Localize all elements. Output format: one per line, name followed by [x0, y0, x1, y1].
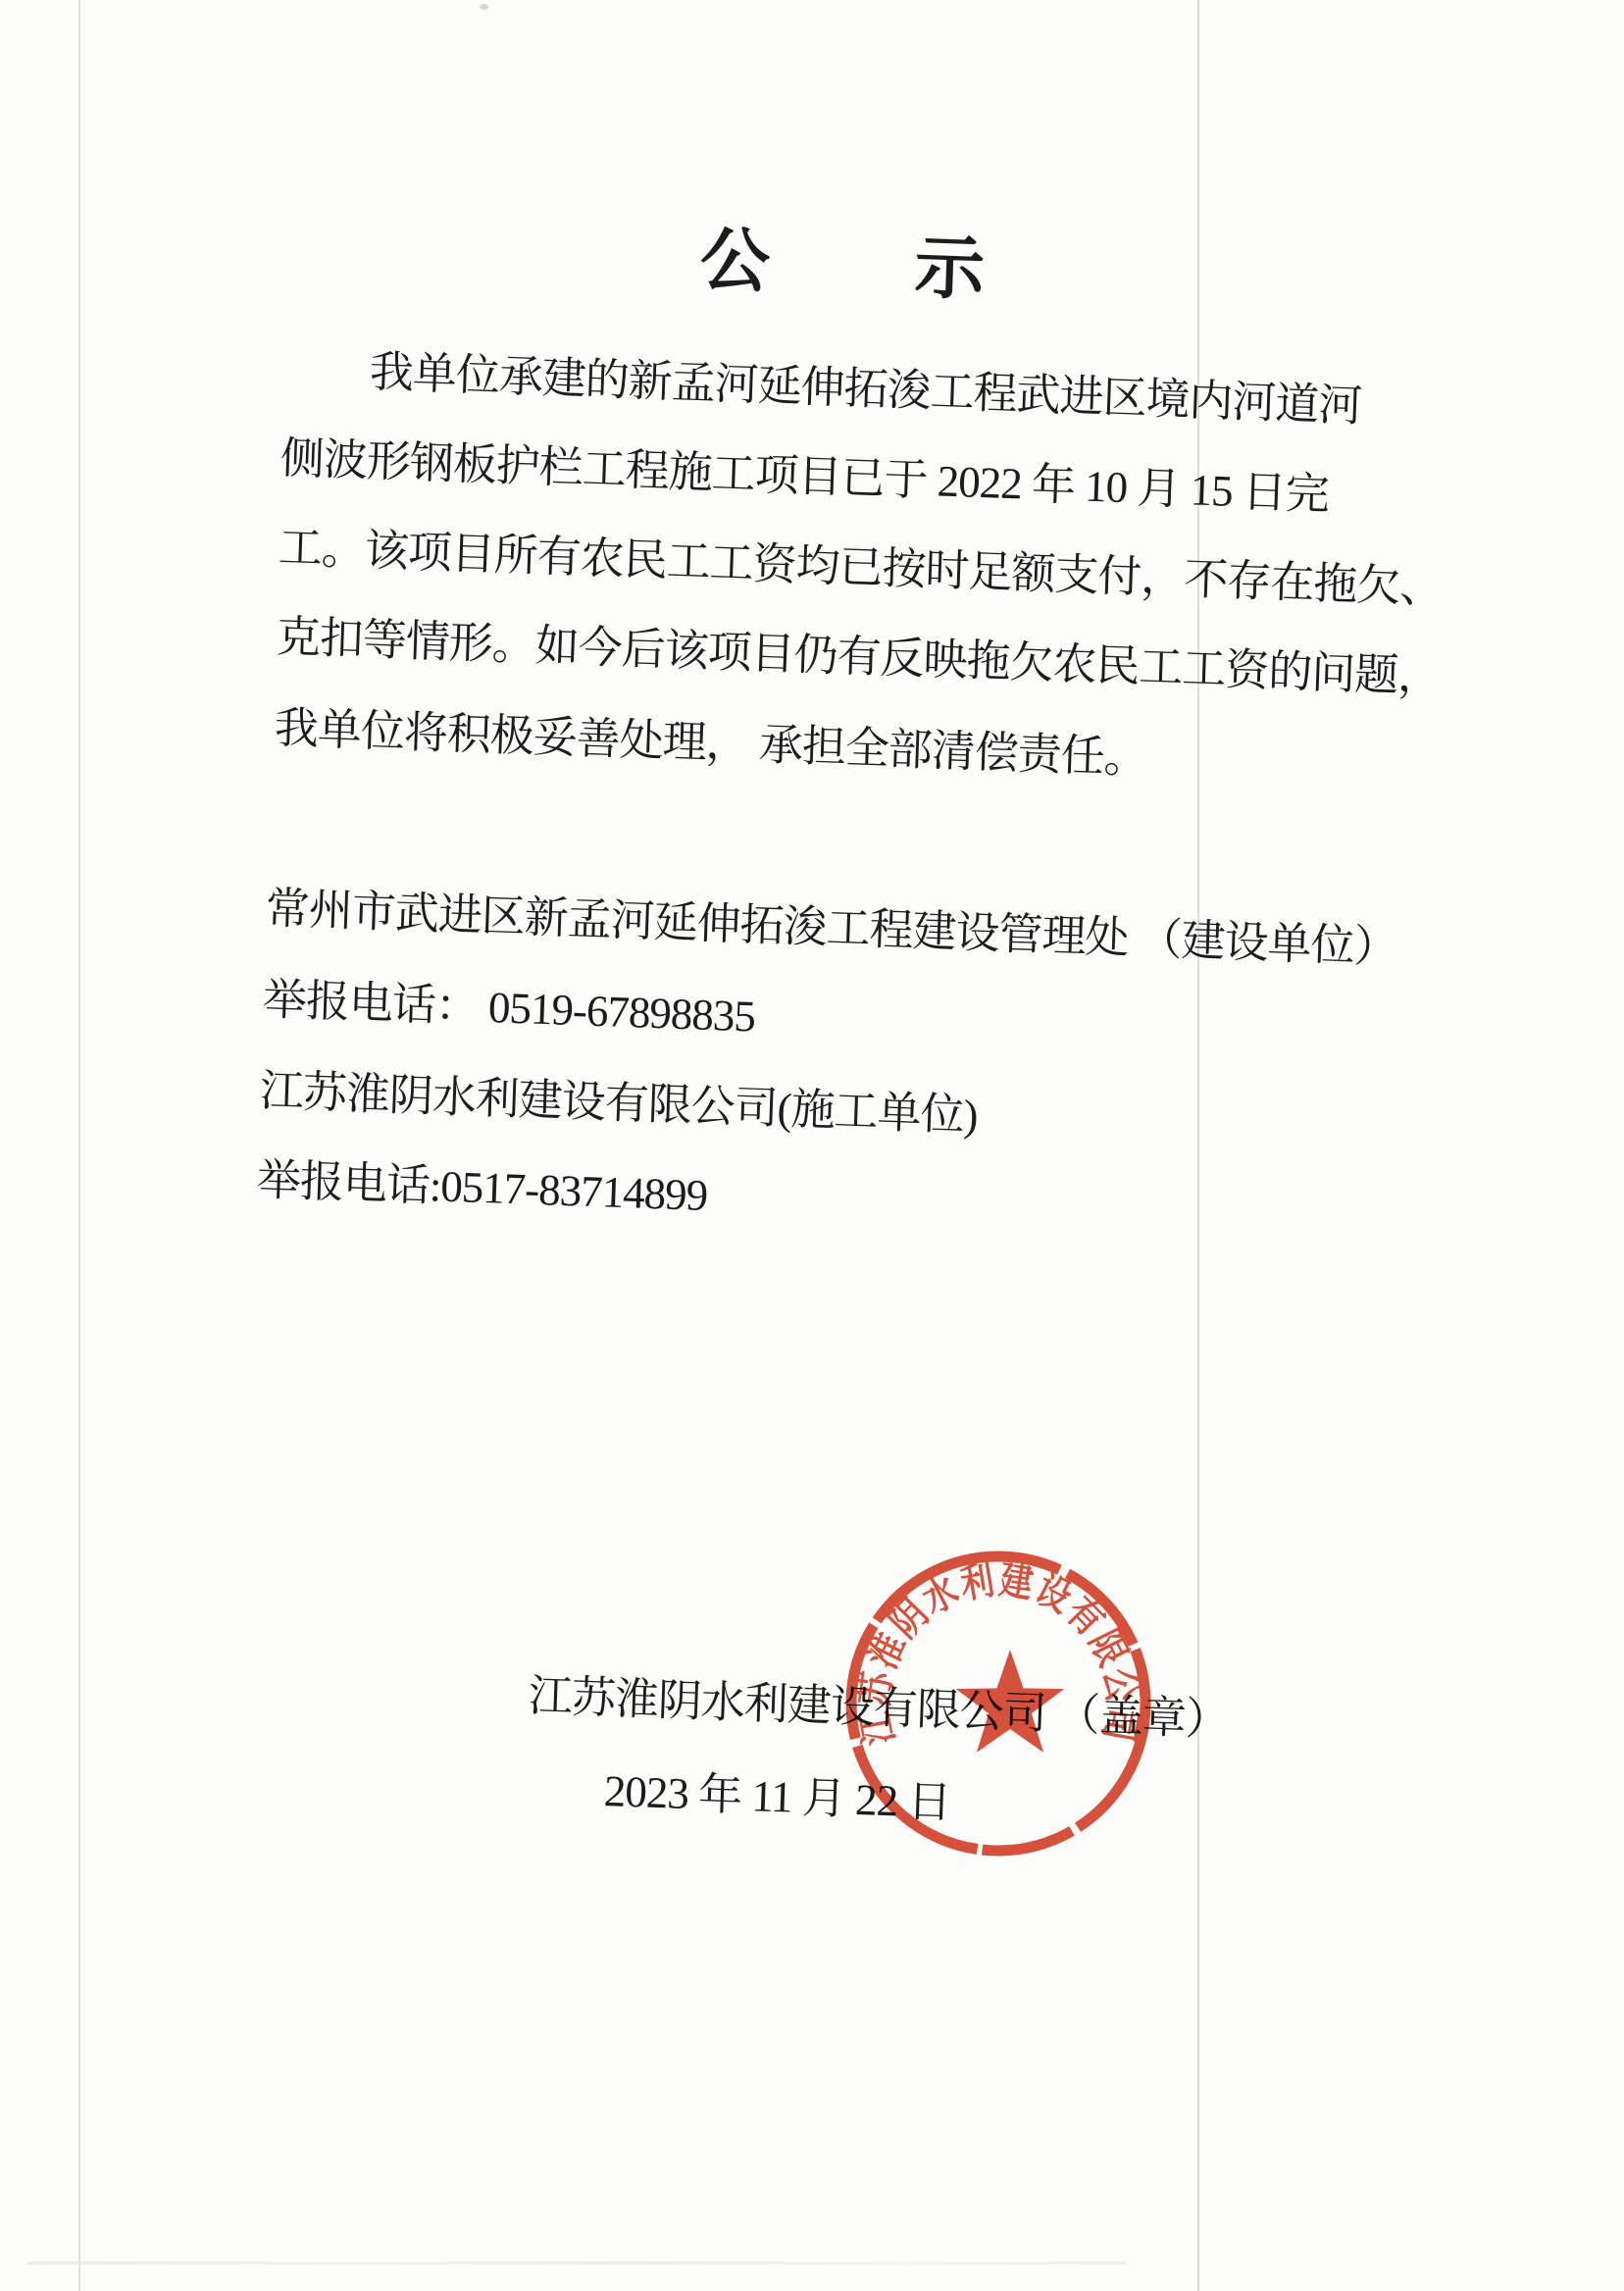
scan-speck: [480, 4, 488, 10]
notice-title: 公 示: [698, 204, 988, 314]
company-seal: 江苏淮阴水利建设有限公司: [814, 1520, 1187, 1903]
body-line: 我单位承建的新孟河延伸拓浚工程武进区境内河道河: [369, 342, 1362, 435]
builder-unit-line: 常州市武进区新孟河延伸拓浚工程建设管理处 （建设单位）: [265, 879, 1398, 977]
red-star-icon: [956, 1650, 1064, 1753]
scan-edge-line: [78, 0, 80, 2291]
body-line: 侧波形钢板护栏工程施工项目已于 2022 年 10 月 15 日完: [279, 429, 1330, 524]
scan-smudge: [27, 2262, 1126, 2265]
builder-phone-line: 举报电话： 0519-67898835: [262, 970, 756, 1045]
body-line: 工。该项目所有农民工工资均已按时足额支付，不存在拖欠、: [278, 518, 1444, 617]
contractor-phone-line: 举报电话:0517-83714899: [256, 1150, 708, 1225]
body-line: 克扣等情形。如今后该项目仍有反映拖欠农民工工资的问题，: [276, 607, 1442, 706]
body-line: 我单位将积极妥善处理， 承担全部清偿责任。: [274, 698, 1148, 788]
document-page: 公 示 我单位承建的新孟河延伸拓浚工程武进区境内河道河 侧波形钢板护栏工程施工项…: [0, 0, 1624, 2291]
contractor-unit-line: 江苏淮阴水利建设有限公司(施工单位): [259, 1061, 979, 1145]
paper-fold-line: [1197, 0, 1199, 2291]
